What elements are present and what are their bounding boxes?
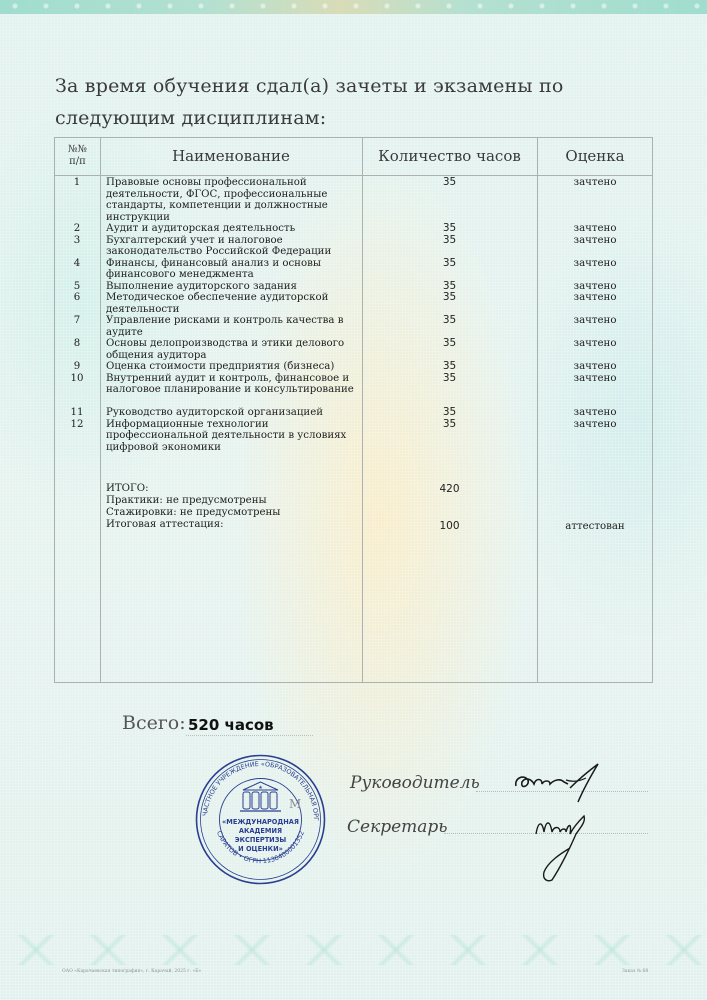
row-number: 5 [54, 281, 100, 293]
table-row: 3Бухгалтерский учет и налоговое законода… [54, 235, 653, 258]
table-row: 1Правовые основы профессиональной деятел… [54, 177, 653, 223]
summary-practice: Практики: не предусмотрены [106, 495, 267, 507]
row-hours: 35 [362, 419, 537, 431]
header-number: №№ п/п [55, 137, 100, 175]
secretary-signature [530, 808, 600, 888]
header-number-line2: п/п [69, 156, 86, 168]
decorative-bottom-border [0, 935, 707, 965]
summary-internship: Стажировки: не предусмотрены [106, 507, 280, 519]
row-grade: зачтено [537, 361, 653, 373]
row-number: 10 [54, 373, 100, 385]
row-number: 1 [54, 177, 100, 189]
row-discipline: Информационные технологии профессиональн… [106, 419, 364, 454]
row-discipline: Оценка стоимости предприятия (бизнеса) [106, 361, 364, 373]
table-row: 10Внутренний аудит и контроль, финансово… [54, 373, 653, 408]
summary-total-label: ИТОГО: [106, 483, 149, 495]
row-discipline: Бухгалтерский учет и налоговое законодат… [106, 235, 364, 258]
row-hours: 35 [362, 258, 537, 270]
row-grade: зачтено [537, 258, 653, 270]
summary-final-label: Итоговая аттестация: [106, 519, 224, 531]
header-grade: Оценка [537, 137, 653, 175]
row-discipline: Выполнение аудиторского задания [106, 281, 364, 293]
total-underline [186, 735, 313, 736]
header-name: Наименование [100, 137, 362, 175]
row-number: 6 [54, 292, 100, 304]
decorative-top-border [0, 0, 707, 14]
row-grade: зачтено [537, 407, 653, 419]
row-grade: зачтено [537, 315, 653, 327]
row-number: 7 [54, 315, 100, 327]
row-number: 9 [54, 361, 100, 373]
row-hours: 35 [362, 407, 537, 419]
row-grade: зачтено [537, 223, 653, 235]
row-number: 8 [54, 338, 100, 350]
total-value: 520 часов [188, 716, 274, 734]
table-header-divider [54, 175, 653, 176]
table-row: 6Методическое обеспечение аудиторской де… [54, 292, 653, 315]
row-discipline: Руководство аудиторской организацией [106, 407, 364, 419]
svg-text:«МЕЖДУНАРОДНАЯ: «МЕЖДУНАРОДНАЯ [222, 818, 299, 826]
row-discipline: Методическое обеспечение аудиторской дея… [106, 292, 364, 315]
row-discipline: Основы делопроизводства и этики делового… [106, 338, 364, 361]
row-hours: 35 [362, 315, 537, 327]
row-grade: зачтено [537, 177, 653, 189]
row-hours: 35 [362, 292, 537, 304]
row-number: 3 [54, 235, 100, 247]
svg-text:АКАДЕМИЯ: АКАДЕМИЯ [239, 827, 282, 835]
table-row: 12Информационные технологии профессионал… [54, 419, 653, 454]
row-discipline: Финансы, финансовый анализ и основы фина… [106, 258, 364, 281]
secretary-label: Секретарь [347, 817, 448, 837]
table-row: 4Финансы, финансовый анализ и основы фин… [54, 258, 653, 281]
summary-final-grade: аттестован [537, 521, 653, 532]
row-discipline: Аудит и аудиторская деятельность [106, 223, 364, 235]
director-label: Руководитель [350, 773, 480, 793]
header-hours: Количество часов [362, 137, 537, 175]
row-grade: зачтено [537, 235, 653, 247]
table-row: 2Аудит и аудиторская деятельность35зачте… [54, 223, 653, 235]
table-row: 7Управление рисками и контроль качества … [54, 315, 653, 338]
table-row: 11Руководство аудиторской организацией35… [54, 407, 653, 419]
row-discipline: Управление рисками и контроль качества в… [106, 315, 364, 338]
row-grade: зачтено [537, 338, 653, 350]
row-hours: 35 [362, 177, 537, 189]
svg-text:И ОЦЕНКИ»: И ОЦЕНКИ» [238, 845, 283, 853]
director-signature [508, 758, 608, 808]
row-grade: зачтено [537, 292, 653, 304]
row-discipline: Внутренний аудит и контроль, финансовое … [106, 373, 364, 396]
row-hours: 35 [362, 235, 537, 247]
summary-total-hours: 420 [362, 483, 537, 495]
row-hours: 35 [362, 373, 537, 385]
row-number: 12 [54, 419, 100, 431]
row-hours: 35 [362, 223, 537, 235]
svg-text:★: ★ [258, 785, 263, 791]
order-number: Заказ № 68 [622, 969, 648, 974]
organization-stamp: ЧАСТНОЕ УЧРЕЖДЕНИЕ «ОБРАЗОВАТЕЛЬНАЯ ОРГА… [193, 752, 328, 887]
section-heading: За время обучения сдал(а) зачеты и экзам… [55, 70, 655, 134]
header-number-line1: №№ [68, 144, 87, 156]
row-grade: зачтено [537, 419, 653, 431]
row-grade: зачтено [537, 281, 653, 293]
row-grade: зачтено [537, 373, 653, 385]
row-number: 4 [54, 258, 100, 270]
row-hours: 35 [362, 361, 537, 373]
summary-final-hours: 100 [362, 520, 537, 532]
row-number: 2 [54, 223, 100, 235]
row-number: 11 [54, 407, 100, 419]
table-row: 8Основы делопроизводства и этики деловог… [54, 338, 653, 361]
stamp-mark: М [289, 797, 301, 811]
row-hours: 35 [362, 338, 537, 350]
svg-text:ЭКСПЕРТИЗЫ: ЭКСПЕРТИЗЫ [235, 836, 287, 844]
printer-info: ОАО «Карачаевская типография», г. Карача… [62, 969, 201, 974]
table-row: 9Оценка стоимости предприятия (бизнеса)3… [54, 361, 653, 373]
row-discipline: Правовые основы профессиональной деятель… [106, 177, 364, 223]
table-row: 5Выполнение аудиторского задания35зачтен… [54, 281, 653, 293]
total-label: Всего: [122, 712, 186, 734]
